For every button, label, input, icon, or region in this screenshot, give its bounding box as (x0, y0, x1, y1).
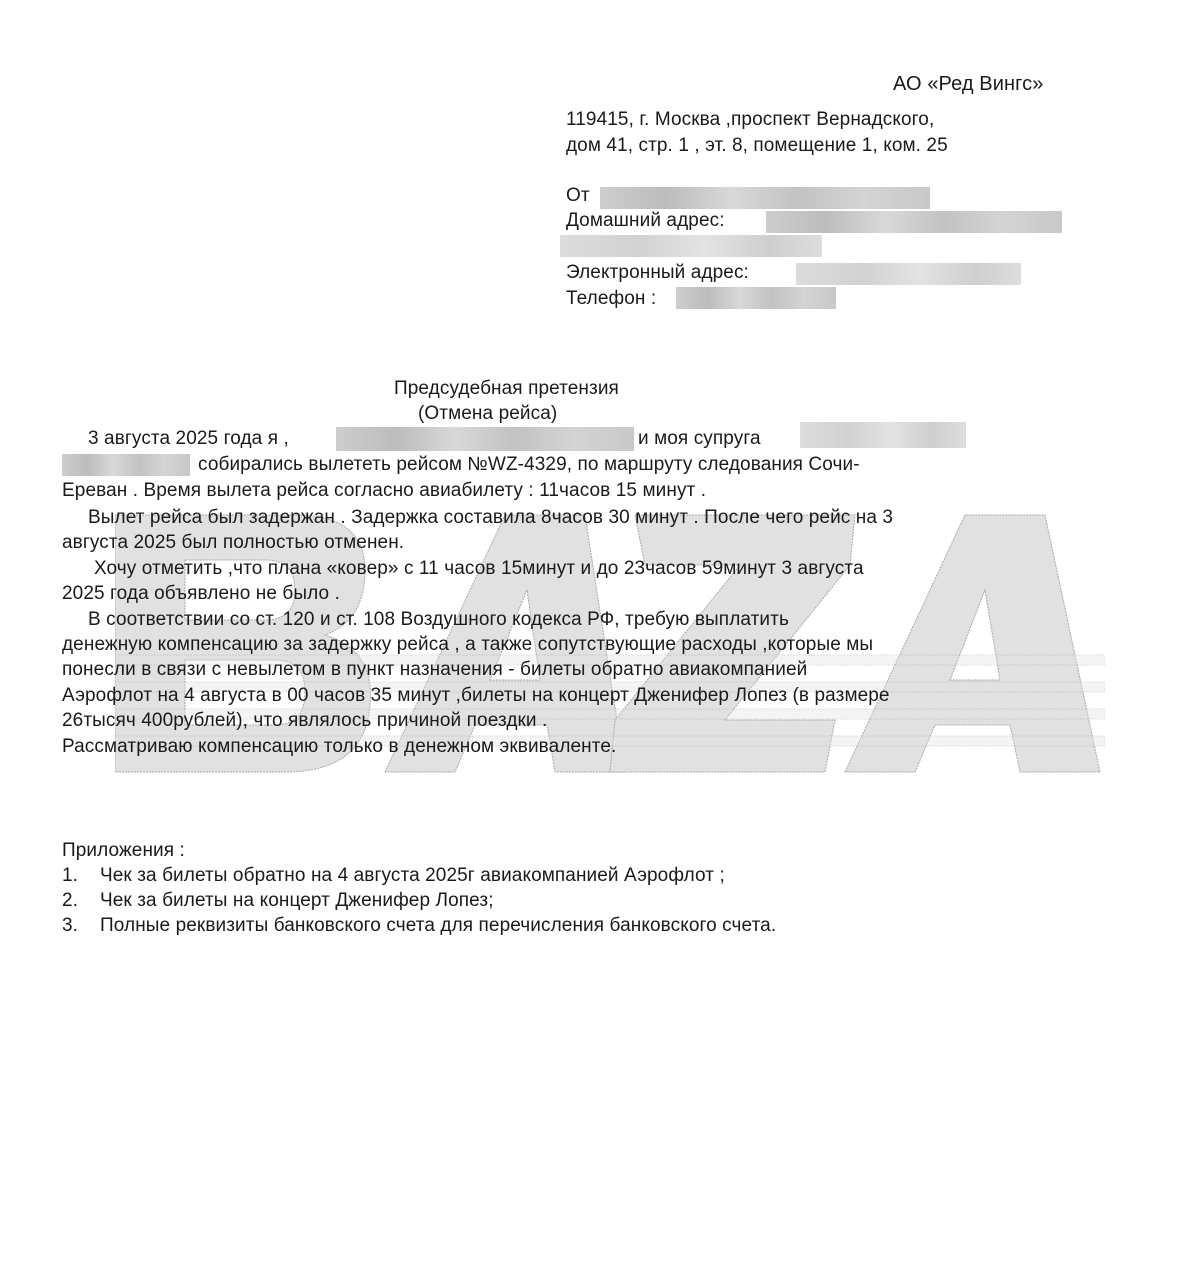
redacted-home-address-2 (560, 235, 822, 257)
attachment-text: Чек за билеты обратно на 4 августа 2025г… (100, 865, 725, 886)
body-line: собирались вылететь рейсом №WZ-4329, по … (198, 452, 860, 478)
email-label: Электронный адрес: (566, 260, 749, 286)
recipient-address-line-2: дом 41, стр. 1 , эт. 8, помещение 1, ком… (566, 133, 948, 159)
redacted-email (796, 263, 1021, 285)
recipient-address-line-1: 119415, г. Москва ,проспект Вернадского, (566, 107, 934, 133)
redacted-spouse-name-1 (800, 422, 966, 448)
attachment-text: Чек за билеты на концерт Дженифер Лопез; (100, 890, 494, 911)
document-subtitle: (Отмена рейса) (418, 401, 557, 427)
redacted-sender-name (600, 187, 930, 209)
attachment-item: 3.Полные реквизиты банковского счета для… (62, 913, 776, 939)
redacted-phone (676, 287, 836, 309)
body-line: Ереван . Время вылета рейса согласно ави… (62, 478, 706, 504)
from-label: От (566, 183, 590, 209)
body-line: 26тысяч 400рублей), что являлось причино… (62, 708, 547, 734)
body-line: 2025 года объявлено не было . (62, 581, 340, 607)
attachment-item: 1.Чек за билеты обратно на 4 августа 202… (62, 863, 725, 889)
redacted-claimant-name (336, 427, 634, 451)
phone-label: Телефон : (566, 286, 656, 312)
body-line: понесли в связи с невылетом в пункт назн… (62, 657, 807, 683)
body-line: денежную компенсацию за задержку рейса ,… (62, 632, 873, 658)
attachment-item: 2.Чек за билеты на концерт Дженифер Лопе… (62, 888, 494, 914)
document-text: АО «Ред Вингс» 119415, г. Москва ,проспе… (0, 0, 1192, 1280)
document-title: Предсудебная претензия (394, 376, 619, 402)
body-line: Рассматриваю компенсацию только в денежн… (62, 734, 616, 760)
redacted-home-address-1 (766, 211, 1062, 233)
body-line: Вылет рейса был задержан . Задержка сост… (88, 505, 893, 531)
attachment-number: 2. (62, 888, 100, 914)
body-line: Хочу отметить ,что плана «ковер» с 11 ча… (94, 556, 864, 582)
redacted-spouse-name-2 (62, 454, 190, 476)
attachment-number: 1. (62, 863, 100, 889)
attachment-text: Полные реквизиты банковского счета для п… (100, 915, 776, 936)
attachment-number: 3. (62, 913, 100, 939)
attachments-heading: Приложения : (62, 838, 185, 864)
recipient-name: АО «Ред Вингс» (893, 71, 1043, 97)
body-line: и моя супруга (638, 426, 761, 452)
body-line: В соответствии со ст. 120 и ст. 108 Возд… (88, 607, 789, 633)
body-line: 3 августа 2025 года я , (88, 426, 289, 452)
home-address-label: Домашний адрес: (566, 208, 725, 234)
document-page: АО «Ред Вингс» 119415, г. Москва ,проспе… (0, 0, 1192, 1280)
body-line: Аэрофлот на 4 августа в 00 часов 35 мину… (62, 683, 890, 709)
body-line: августа 2025 был полностью отменен. (62, 530, 404, 556)
